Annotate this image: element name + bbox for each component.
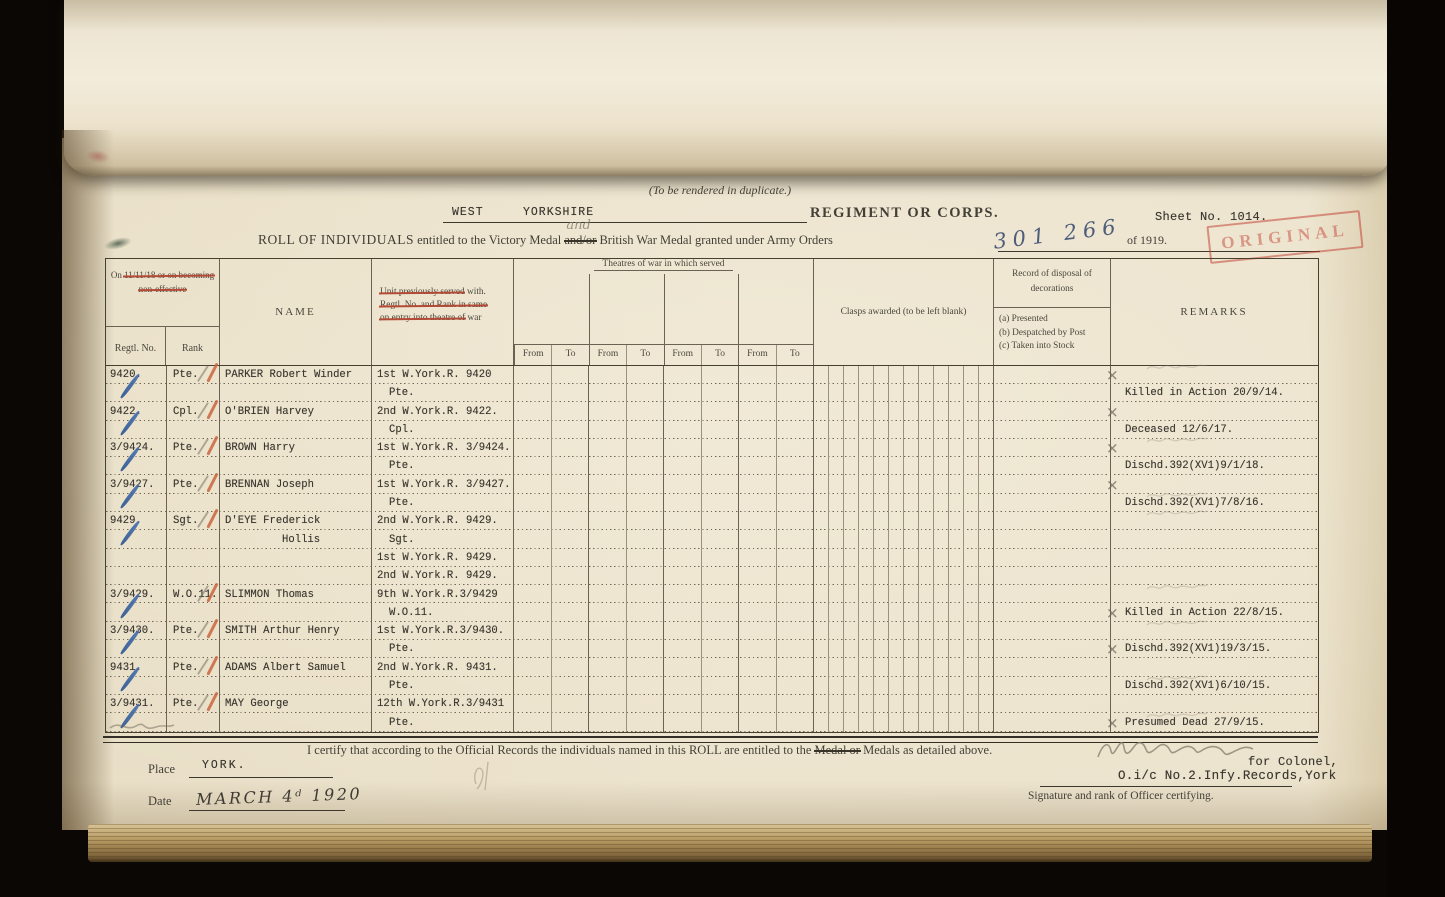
cell-clasps bbox=[813, 677, 993, 695]
cell-theatre-from bbox=[588, 403, 626, 421]
certify-post: Medals as detailed above. bbox=[860, 743, 992, 757]
cell-rank bbox=[166, 640, 219, 658]
cell-name bbox=[219, 604, 371, 622]
from-label: From bbox=[738, 345, 775, 365]
cell-theatre-from bbox=[663, 604, 701, 622]
cell-theatre-to bbox=[626, 476, 664, 494]
cell-theatre-from bbox=[513, 622, 551, 640]
date-label: Date bbox=[148, 794, 172, 809]
cell-theatre-from bbox=[513, 604, 551, 622]
for-colonel: for Colonel, bbox=[1248, 755, 1338, 769]
cell-remarks bbox=[1110, 567, 1317, 585]
cell-rank bbox=[166, 457, 219, 475]
cell-disposal bbox=[993, 384, 1110, 402]
cell-clasps bbox=[813, 695, 993, 713]
pencil-scribble bbox=[1145, 617, 1209, 629]
cell-theatre-from bbox=[588, 604, 626, 622]
cell-unit: W.O.11. bbox=[371, 604, 513, 622]
cell-theatre-from bbox=[588, 659, 626, 677]
cell-theatre-to bbox=[551, 531, 589, 549]
header-clasps: Clasps awarded (to be left blank) bbox=[813, 259, 993, 365]
unit-struck-1: Unit previously served bbox=[380, 287, 465, 297]
unit-tail-3: war bbox=[465, 313, 481, 323]
cell-theatre-from bbox=[513, 384, 551, 402]
cell-rank bbox=[166, 531, 219, 549]
roll-line: Pte.Dischd.392(XV1)7/8/16. bbox=[106, 494, 1318, 512]
cell-rank bbox=[166, 677, 219, 695]
cell-remarks: Dischd.392(XV1)6/10/15. bbox=[1110, 677, 1317, 695]
cell-theatre-to bbox=[776, 421, 814, 439]
cell-regtl-no bbox=[106, 421, 166, 439]
office-line: O.i/c No.2.Infy.Records,York bbox=[1118, 769, 1336, 783]
cell-theatre-from bbox=[588, 457, 626, 475]
cell-clasps bbox=[813, 384, 993, 402]
cell-clasps bbox=[813, 659, 993, 677]
cell-name: D'EYE Frederick bbox=[219, 512, 371, 530]
cell-clasps bbox=[813, 586, 993, 604]
cell-theatre-to bbox=[701, 384, 739, 402]
cell-theatre-from bbox=[513, 567, 551, 585]
pencil-annotation bbox=[468, 756, 498, 794]
disposal-line2: decorations bbox=[1031, 284, 1074, 294]
cell-disposal bbox=[993, 366, 1110, 384]
cell-unit: 2nd W.York.R. 9429. bbox=[371, 512, 513, 530]
theatre-box bbox=[589, 274, 664, 344]
cell-theatre-to bbox=[626, 677, 664, 695]
cell-regtl-no bbox=[106, 567, 166, 585]
cell-theatre-from bbox=[738, 586, 776, 604]
cell-name: Hollis bbox=[219, 531, 371, 549]
cell-rank bbox=[166, 604, 219, 622]
cell-disposal bbox=[993, 604, 1110, 622]
cell-theatre-from bbox=[663, 695, 701, 713]
regiment-or-corps-label: REGIMENT OR CORPS. bbox=[810, 205, 999, 222]
cell-theatre-from bbox=[588, 714, 626, 732]
theatre-box bbox=[738, 274, 813, 344]
cell-theatre-from bbox=[738, 695, 776, 713]
cell-remarks bbox=[1110, 659, 1317, 677]
cell-clasps bbox=[813, 366, 993, 384]
cell-clasps bbox=[813, 714, 993, 732]
cell-theatre-from bbox=[663, 549, 701, 567]
cell-rank: Pte. bbox=[166, 439, 219, 457]
header-regtl-no: Regtl. No. bbox=[106, 327, 166, 365]
cell-unit: Pte. bbox=[371, 457, 513, 475]
cell-theatre-from bbox=[588, 586, 626, 604]
cell-unit: Pte. bbox=[371, 640, 513, 658]
cell-theatre-from bbox=[738, 567, 776, 585]
cell-theatre-to bbox=[551, 604, 589, 622]
cell-theatre-from bbox=[738, 384, 776, 402]
scanned-ledger-photo: (To be rendered in duplicate.) WEST YORK… bbox=[0, 0, 1445, 897]
cell-disposal bbox=[993, 403, 1110, 421]
cell-theatre-to bbox=[776, 494, 814, 512]
cell-theatre-from bbox=[738, 677, 776, 695]
roll-line: 3/9427.Pte.BRENNAN Joseph1st W.York.R. 3… bbox=[106, 476, 1318, 494]
roll-line: Pte.Dischd.392(XV1)6/10/15. bbox=[106, 677, 1318, 695]
cell-theatre-from bbox=[738, 476, 776, 494]
cell-theatre-from bbox=[738, 604, 776, 622]
cell-theatre-to bbox=[626, 494, 664, 512]
cell-theatre-from bbox=[738, 366, 776, 384]
cell-theatre-to bbox=[626, 567, 664, 585]
cell-theatre-to bbox=[701, 622, 739, 640]
pencil-scribble bbox=[1145, 507, 1209, 519]
roll-line: 1st W.York.R. 9429. bbox=[106, 549, 1318, 567]
cell-name bbox=[219, 384, 371, 402]
cell-disposal bbox=[993, 476, 1110, 494]
roll-line: 9420.Pte.PARKER Robert Winder1st W.York.… bbox=[106, 366, 1318, 384]
cell-theatre-to bbox=[701, 695, 739, 713]
cell-theatre-to bbox=[701, 366, 739, 384]
cell-name: BROWN Harry bbox=[219, 439, 371, 457]
cell-clasps bbox=[813, 549, 993, 567]
cell-theatre-from bbox=[738, 439, 776, 457]
cell-theatre-to bbox=[701, 659, 739, 677]
cell-rank: Pte. bbox=[166, 659, 219, 677]
cell-theatre-to bbox=[776, 604, 814, 622]
cell-theatre-to bbox=[701, 549, 739, 567]
cell-theatre-from bbox=[663, 421, 701, 439]
roll-line: Cpl.Deceased 12/6/17. bbox=[106, 421, 1318, 439]
cell-remarks bbox=[1110, 531, 1317, 549]
cell-clasps bbox=[813, 494, 993, 512]
cell-theatre-to bbox=[701, 403, 739, 421]
cell-clasps bbox=[813, 567, 993, 585]
cell-theatre-to bbox=[776, 366, 814, 384]
pencil-x-mark: × bbox=[1106, 439, 1119, 457]
header-date-struck: 11/11/18 or on becoming bbox=[124, 270, 214, 280]
cell-regtl-no bbox=[106, 549, 166, 567]
cell-clasps bbox=[813, 622, 993, 640]
cell-rank: Pte. bbox=[166, 695, 219, 713]
header-theatres-of-war: Theatres of war in which served From To … bbox=[513, 259, 813, 365]
roll-title: ROLL OF INDIVIDUALS entitled to the Vict… bbox=[258, 232, 833, 248]
unit-tail-1: with. bbox=[465, 287, 486, 297]
cell-theatre-from bbox=[588, 677, 626, 695]
cell-disposal bbox=[993, 586, 1110, 604]
cell-rank bbox=[166, 494, 219, 512]
cell-regtl-no bbox=[106, 604, 166, 622]
disposal-option-c: (c) Taken into Stock bbox=[999, 341, 1074, 351]
roll-line: HollisSgt. bbox=[106, 531, 1318, 549]
cell-theatre-from bbox=[663, 476, 701, 494]
cell-theatre-to bbox=[776, 586, 814, 604]
cell-unit: 2nd W.York.R. 9429. bbox=[371, 567, 513, 585]
cell-clasps bbox=[813, 512, 993, 530]
cell-theatre-to bbox=[776, 677, 814, 695]
cell-clasps bbox=[813, 640, 993, 658]
cell-theatre-to bbox=[701, 640, 739, 658]
cell-theatre-from bbox=[738, 512, 776, 530]
table-header-row: On 11/11/18 or on becoming non-effective… bbox=[106, 259, 1318, 366]
regiment-underline bbox=[443, 222, 807, 223]
cell-name bbox=[219, 421, 371, 439]
cell-theatre-from bbox=[588, 421, 626, 439]
date-line bbox=[189, 810, 345, 811]
roll-title-lead: ROLL OF INDIVIDUALS bbox=[258, 232, 414, 247]
cell-theatre-from bbox=[663, 586, 701, 604]
cell-theatre-to bbox=[776, 457, 814, 475]
cell-theatre-to bbox=[551, 384, 589, 402]
cell-theatre-to bbox=[776, 640, 814, 658]
cell-theatre-from bbox=[738, 659, 776, 677]
theatres-label-text: Theatres of war in which served bbox=[594, 259, 732, 271]
cell-remarks: Killed in Action 22/8/15.× bbox=[1110, 604, 1317, 622]
roll-line: 3/9430.Pte.SMITH Arthur Henry1st W.York.… bbox=[106, 622, 1318, 640]
from-label: From bbox=[514, 345, 551, 365]
cell-disposal bbox=[993, 512, 1110, 530]
cell-name: BRENNAN Joseph bbox=[219, 476, 371, 494]
cell-theatre-to bbox=[776, 622, 814, 640]
cell-name bbox=[219, 640, 371, 658]
roll-title-struck-andor: and/orand bbox=[564, 233, 596, 247]
cell-remarks: × bbox=[1110, 476, 1317, 494]
pencil-x-mark: × bbox=[1106, 366, 1119, 384]
cell-name: SLIMMON Thomas bbox=[219, 586, 371, 604]
signature-caption: Signature and rank of Officer certifying… bbox=[1028, 790, 1214, 802]
pencil-scribble bbox=[1145, 672, 1209, 684]
cell-theatre-to bbox=[551, 421, 589, 439]
cell-theatre-from bbox=[663, 512, 701, 530]
cell-theatre-from bbox=[663, 494, 701, 512]
cell-disposal bbox=[993, 421, 1110, 439]
cell-theatre-to bbox=[551, 714, 589, 732]
book-page-edges bbox=[88, 824, 1372, 862]
cell-remarks bbox=[1110, 586, 1317, 604]
cell-theatre-from bbox=[513, 659, 551, 677]
cell-theatre-to bbox=[776, 476, 814, 494]
cell-theatre-to bbox=[701, 439, 739, 457]
cell-theatre-from bbox=[513, 586, 551, 604]
roll-line: 9431.Pte.ADAMS Albert Samuel2nd W.York.R… bbox=[106, 659, 1318, 677]
cell-clasps bbox=[813, 476, 993, 494]
cell-theatre-to bbox=[701, 677, 739, 695]
header-unit-previously-served: Unit previously served with. Regtl. No. … bbox=[371, 259, 513, 365]
cell-theatre-to bbox=[776, 567, 814, 585]
cell-remarks: × bbox=[1110, 366, 1317, 384]
cell-theatre-to bbox=[701, 457, 739, 475]
pencil-scribble bbox=[1145, 434, 1209, 446]
theatres-label: Theatres of war in which served bbox=[514, 259, 813, 274]
roll-line: 9422.Cpl.O'BRIEN Harvey2nd W.York.R. 942… bbox=[106, 403, 1318, 421]
cell-disposal bbox=[993, 714, 1110, 732]
cell-theatre-from bbox=[513, 531, 551, 549]
pencil-and-correction: and bbox=[566, 218, 590, 233]
cell-theatre-to bbox=[551, 476, 589, 494]
cell-theatre-from bbox=[663, 659, 701, 677]
header-name: NAME bbox=[219, 259, 371, 365]
cell-theatre-to bbox=[551, 457, 589, 475]
pencil-x-mark: × bbox=[1106, 640, 1119, 658]
cell-disposal bbox=[993, 640, 1110, 658]
cell-theatre-from bbox=[513, 403, 551, 421]
from-label: From bbox=[664, 345, 701, 365]
roll-title-mid: entitled to the Victory Medal bbox=[414, 233, 564, 247]
cell-name: SMITH Arthur Henry bbox=[219, 622, 371, 640]
cell-theatre-from bbox=[663, 567, 701, 585]
disposal-title: Record of disposal of decorations bbox=[994, 259, 1110, 308]
pencil-scribble bbox=[1145, 709, 1209, 721]
cell-theatre-to bbox=[551, 586, 589, 604]
cell-unit: Pte. bbox=[371, 714, 513, 732]
cell-remarks: Dischd.392(XV1)19/3/15.× bbox=[1110, 640, 1317, 658]
cell-unit: 2nd W.York.R. 9431. bbox=[371, 659, 513, 677]
cell-theatre-from bbox=[513, 476, 551, 494]
cell-disposal bbox=[993, 622, 1110, 640]
cell-theatre-to bbox=[551, 439, 589, 457]
cell-theatre-from bbox=[513, 714, 551, 732]
unit-struck-2: Regtl. No. and Rank in same bbox=[380, 300, 487, 310]
cell-unit: 2nd W.York.R. 9422. bbox=[371, 403, 513, 421]
cell-theatre-from bbox=[663, 622, 701, 640]
cell-remarks: Killed in Action 20/9/14. bbox=[1110, 384, 1317, 402]
regiment-name-west: WEST bbox=[452, 206, 484, 219]
cell-theatre-to bbox=[701, 421, 739, 439]
cell-theatre-to bbox=[626, 622, 664, 640]
cell-theatre-to bbox=[776, 384, 814, 402]
roll-line: 2nd W.York.R. 9429. bbox=[106, 567, 1318, 585]
curled-page-top bbox=[64, 0, 1388, 176]
cell-rank: Sgt. bbox=[166, 512, 219, 530]
cell-unit: 1st W.York.R. 9420 bbox=[371, 366, 513, 384]
cell-rank bbox=[166, 421, 219, 439]
cell-disposal bbox=[993, 567, 1110, 585]
table-body: 9420.Pte.PARKER Robert Winder1st W.York.… bbox=[106, 366, 1318, 732]
to-label: To bbox=[551, 345, 588, 365]
cell-theatre-from bbox=[588, 640, 626, 658]
cell-regtl-no bbox=[106, 494, 166, 512]
cell-regtl-no bbox=[106, 457, 166, 475]
roll-title-tail: British War Medal granted under Army Ord… bbox=[596, 233, 833, 247]
unit-struck-3: on entry into theatre of bbox=[380, 313, 465, 323]
header-rank: Rank bbox=[166, 327, 219, 365]
cell-theatre-to bbox=[551, 366, 589, 384]
cell-theatre-from bbox=[588, 622, 626, 640]
cell-rank: Cpl. bbox=[166, 403, 219, 421]
roll-line: 9429.Sgt.D'EYE Frederick2nd W.York.R. 94… bbox=[106, 512, 1318, 530]
cell-theatre-from bbox=[513, 366, 551, 384]
cell-theatre-from bbox=[513, 549, 551, 567]
cell-rank: Pte. bbox=[166, 366, 219, 384]
cell-name: ADAMS Albert Samuel bbox=[219, 659, 371, 677]
cell-unit: Cpl. bbox=[371, 421, 513, 439]
cell-clasps bbox=[813, 457, 993, 475]
cell-unit: 1st W.York.R.3/9430. bbox=[371, 622, 513, 640]
cell-theatre-to bbox=[551, 403, 589, 421]
cell-theatre-from bbox=[513, 439, 551, 457]
pencil-scribble bbox=[1145, 361, 1209, 373]
cell-theatre-from bbox=[738, 622, 776, 640]
cell-theatre-from bbox=[588, 549, 626, 567]
header-disposal: Record of disposal of decorations (a) Pr… bbox=[993, 259, 1110, 365]
cell-theatre-from bbox=[738, 403, 776, 421]
cell-theatre-to bbox=[551, 512, 589, 530]
place-label: Place bbox=[148, 762, 175, 777]
pencil-scribble bbox=[1145, 581, 1209, 593]
cell-theatre-from bbox=[588, 476, 626, 494]
cell-regtl-no bbox=[106, 531, 166, 549]
certification-statement: I certify that according to the Official… bbox=[307, 743, 992, 758]
roll-line: W.O.11.Killed in Action 22/8/15.× bbox=[106, 604, 1318, 622]
cell-theatre-to bbox=[626, 457, 664, 475]
cell-name bbox=[219, 549, 371, 567]
cell-clasps bbox=[813, 403, 993, 421]
cell-theatre-to bbox=[776, 439, 814, 457]
cell-theatre-from bbox=[513, 421, 551, 439]
certify-struck: Medal or bbox=[815, 743, 860, 757]
cell-theatre-to bbox=[626, 403, 664, 421]
roll-line: Pte.Dischd.392(XV1)9/1/18. bbox=[106, 457, 1318, 475]
pencil-scribble bbox=[1145, 489, 1209, 501]
cell-name: PARKER Robert Winder bbox=[219, 366, 371, 384]
cell-theatre-to bbox=[701, 494, 739, 512]
cell-theatre-to bbox=[701, 476, 739, 494]
cell-theatre-from bbox=[588, 567, 626, 585]
header-remarks: REMARKS bbox=[1110, 259, 1317, 365]
from-label: From bbox=[589, 345, 626, 365]
cell-disposal bbox=[993, 677, 1110, 695]
header-non-effective-struck: non-effective bbox=[139, 284, 187, 294]
cell-disposal bbox=[993, 531, 1110, 549]
cell-theatre-from bbox=[738, 640, 776, 658]
cell-disposal bbox=[993, 457, 1110, 475]
cell-name: O'BRIEN Harvey bbox=[219, 403, 371, 421]
cell-theatre-to bbox=[701, 586, 739, 604]
cell-remarks bbox=[1110, 512, 1317, 530]
cell-theatre-from bbox=[588, 494, 626, 512]
cell-theatre-from bbox=[513, 677, 551, 695]
cell-theatre-from bbox=[738, 494, 776, 512]
cell-theatre-to bbox=[626, 640, 664, 658]
cell-theatre-from bbox=[738, 457, 776, 475]
cell-name bbox=[219, 494, 371, 512]
cell-disposal bbox=[993, 494, 1110, 512]
cell-regtl-no bbox=[106, 677, 166, 695]
pencil-x-mark: × bbox=[1106, 604, 1119, 622]
theatres-boxes bbox=[514, 274, 813, 345]
cell-theatre-to bbox=[626, 659, 664, 677]
cell-theatre-to bbox=[776, 531, 814, 549]
cell-clasps bbox=[813, 439, 993, 457]
cell-remarks: Dischd.392(XV1)9/1/18. bbox=[1110, 457, 1317, 475]
cell-rank bbox=[166, 567, 219, 585]
cell-theatre-from bbox=[663, 384, 701, 402]
cell-theatre-from bbox=[588, 695, 626, 713]
medal-roll-table: On 11/11/18 or on becoming non-effective… bbox=[105, 258, 1319, 733]
cell-theatre-to bbox=[701, 714, 739, 732]
place-value: YORK. bbox=[202, 759, 247, 772]
cell-theatre-to bbox=[551, 567, 589, 585]
cell-unit: Pte. bbox=[371, 494, 513, 512]
cell-rank bbox=[166, 549, 219, 567]
roll-line: 3/9424.Pte.BROWN Harry1st W.York.R. 3/94… bbox=[106, 439, 1318, 457]
duplicate-note: (To be rendered in duplicate.) bbox=[560, 183, 880, 198]
disposal-options: (a) Presented (b) Despatched by Post (c)… bbox=[994, 308, 1110, 354]
roll-line: Pte.Presumed Dead 27/9/15.× bbox=[106, 714, 1318, 732]
theatre-box bbox=[664, 274, 739, 344]
header-effective-column: On 11/11/18 or on becoming non-effective… bbox=[106, 259, 219, 365]
cell-theatre-to bbox=[776, 512, 814, 530]
roll-line: Pte.Killed in Action 20/9/14. bbox=[106, 384, 1318, 402]
cell-theatre-from bbox=[663, 677, 701, 695]
disposal-line1: Record of disposal of bbox=[1012, 269, 1092, 279]
cell-clasps bbox=[813, 531, 993, 549]
cell-theatre-to bbox=[626, 695, 664, 713]
cell-theatre-to bbox=[626, 384, 664, 402]
cell-theatre-from bbox=[663, 457, 701, 475]
to-label: To bbox=[776, 345, 813, 365]
